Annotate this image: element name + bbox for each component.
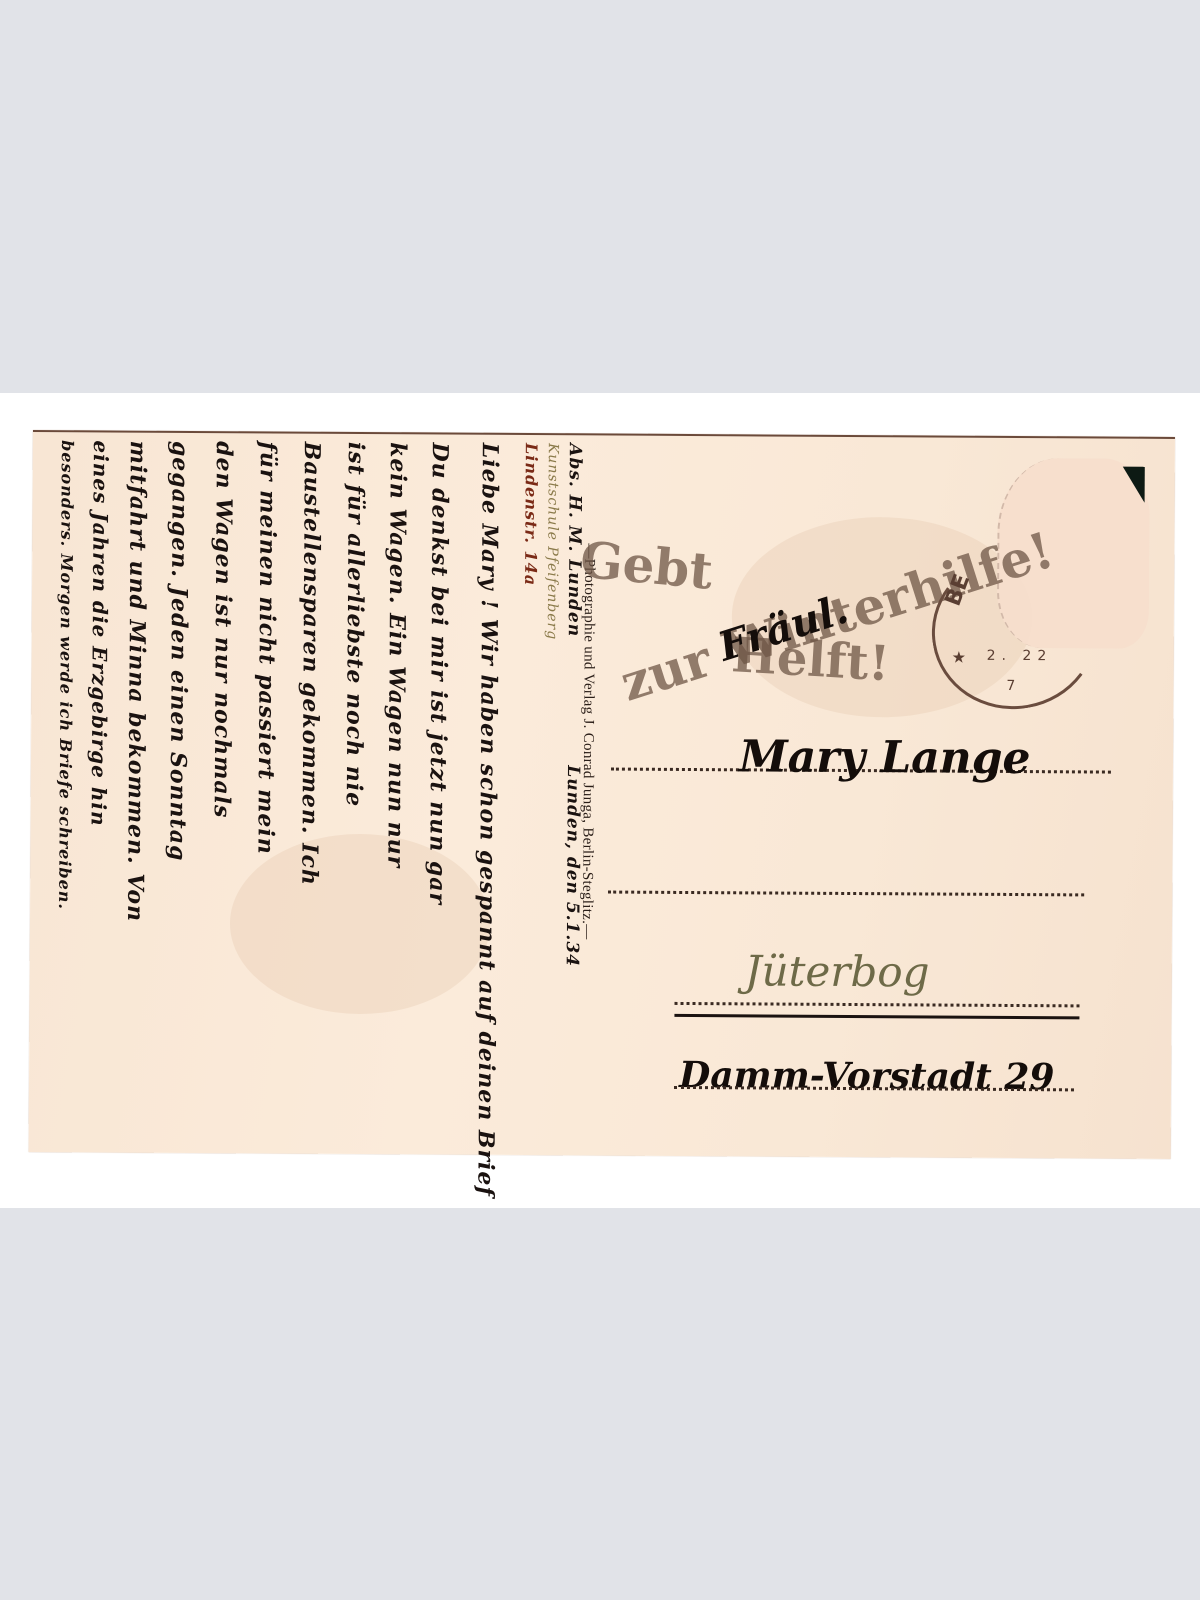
recipient-street: Damm-Vorstadt 29	[679, 1054, 1055, 1098]
postmark-date: 2. 22	[987, 648, 1053, 664]
postcard-back: Abs. H. M. Lunden Kunstschule Pfeifenber…	[29, 430, 1175, 1159]
recipient-city: Jüterbog	[745, 946, 930, 996]
city-underline	[674, 1014, 1079, 1019]
sender-address-line-2: Lindenstr. 14a	[521, 443, 541, 586]
message-line: mitfahrt und Minna bekommen. Von	[122, 441, 151, 923]
message-line: Liebe Mary ! Wir haben schon gespannt au…	[472, 443, 503, 1197]
message-line: für meinen nicht passiert mein	[252, 441, 281, 855]
message-line: eines Jahren die Erzgebirge hin	[87, 440, 113, 826]
message-line: besonders. Morgen werde ich Briefe schre…	[55, 440, 77, 910]
sender-address-line-1: Kunstschule Pfeifenberg	[544, 443, 561, 640]
message-line: gegangen. Jeden einen Sonntag	[164, 441, 193, 862]
postmark-office-number: 7	[1006, 678, 1015, 694]
address-line-divider	[674, 1002, 1079, 1007]
stamp-fragment	[1123, 467, 1145, 503]
address-line-divider	[608, 891, 1084, 897]
postmark-star-icon: ★	[952, 648, 966, 667]
message-line: ist für allerliebste noch nie	[341, 442, 369, 807]
message-line: den Wagen ist nur nochmals	[209, 441, 237, 818]
handwritten-message: Abs. H. M. Lunden Kunstschule Pfeifenber…	[29, 432, 593, 1155]
message-line: Baustellensparen gekommen. Ich	[296, 442, 325, 886]
recipient-name: Mary Lange	[739, 731, 1031, 784]
publisher-imprint: —Photographie und Verlag J. Conrad Junga…	[578, 543, 597, 939]
message-line: Du denkst bei mir ist jetzt nun gar	[424, 442, 453, 905]
message-line: kein Wagen. Ein Wagen nun nur	[382, 442, 411, 868]
postmark-slogan-line: Gebt	[578, 530, 716, 601]
